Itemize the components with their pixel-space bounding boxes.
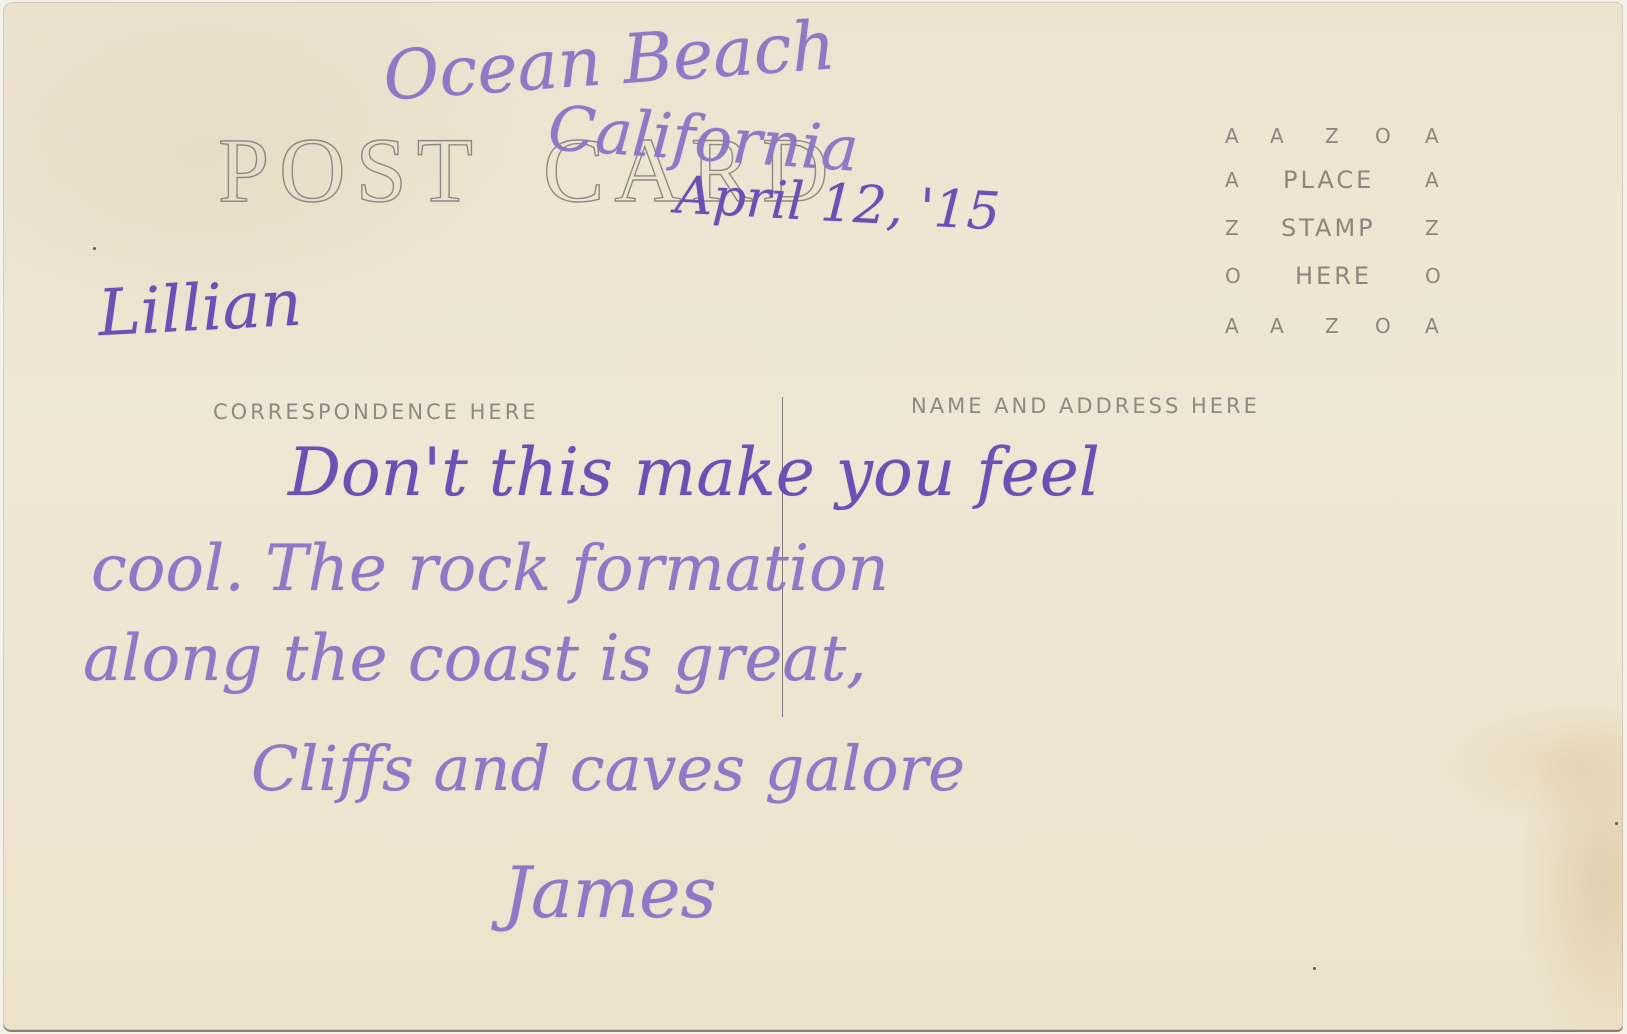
stamp-border-bottom: A A Z O A <box>1225 314 1455 354</box>
handwritten-salutation: Lillian <box>96 267 303 352</box>
stamp-text-stamp: STAMP <box>1281 214 1376 242</box>
stamp-row-here: O HERE O <box>1225 264 1455 304</box>
paper-speck <box>93 247 96 250</box>
stamp-border-glyph: A <box>1425 124 1439 148</box>
stamp-border-glyph: O <box>1375 314 1391 338</box>
stamp-text-place: PLACE <box>1283 166 1374 194</box>
handwritten-signature: James <box>503 852 717 934</box>
stamp-row-place: A PLACE A <box>1225 168 1455 208</box>
handwritten-body-line: Don't this make you feel <box>288 434 1100 511</box>
stamp-border-glyph: O <box>1375 124 1391 148</box>
stamp-border-glyph: A <box>1225 124 1239 148</box>
stamp-border-glyph: O <box>1425 264 1441 288</box>
stamp-border-glyph: Z <box>1325 124 1339 148</box>
stamp-border-glyph: A <box>1270 124 1284 148</box>
stamp-border-glyph: Z <box>1325 314 1339 338</box>
correspondence-label: CORRESPONDENCE HERE <box>213 400 539 424</box>
title-post: POST <box>218 119 483 221</box>
stamp-border-glyph: Z <box>1225 216 1239 240</box>
postcard-back: POSTCARD A A Z O A A PLACE A Z STAMP Z O… <box>3 2 1623 1030</box>
address-label: NAME AND ADDRESS HERE <box>911 394 1260 418</box>
stamp-border-glyph: A <box>1425 168 1439 192</box>
stamp-row-stamp: Z STAMP Z <box>1225 216 1455 256</box>
stamp-border-glyph: A <box>1225 168 1239 192</box>
stamp-border-glyph: A <box>1425 314 1439 338</box>
handwritten-body-line: Cliffs and caves galore <box>251 732 965 805</box>
paper-speck <box>1313 967 1316 970</box>
handwritten-date: April 12, '15 <box>674 166 1002 243</box>
stamp-text-here: HERE <box>1295 262 1372 290</box>
stamp-border-glyph: O <box>1225 264 1241 288</box>
stamp-border-top: A A Z O A <box>1225 124 1455 164</box>
handwritten-body-line: along the coast is great, <box>83 622 867 696</box>
stamp-border-glyph: A <box>1270 314 1284 338</box>
handwritten-body-line: cool. The rock formation <box>91 532 889 606</box>
stamp-border-glyph: A <box>1225 314 1239 338</box>
paper-speck <box>1615 822 1618 825</box>
stamp-placement-box: A A Z O A A PLACE A Z STAMP Z O HERE O A… <box>1225 124 1455 344</box>
stamp-border-glyph: Z <box>1425 216 1439 240</box>
